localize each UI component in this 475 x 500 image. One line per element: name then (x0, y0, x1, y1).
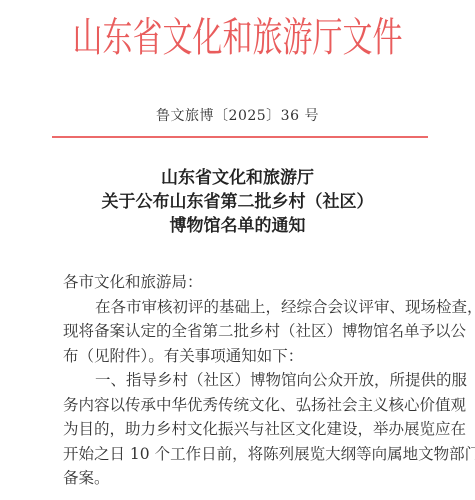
body-line: 一、指导乡村（社区）博物馆向公众开放，所提供的服 (63, 368, 408, 393)
title-line-2: 关于公布山东省第二批乡村（社区） (0, 190, 475, 214)
document-issuer-header: 山东省文化和旅游厅文件 (0, 14, 475, 64)
issuer-title: 山东省文化和旅游厅文件 (73, 5, 403, 73)
body-line: 备案。 (63, 466, 408, 491)
body-line: 现将备案认定的全省第二批乡村（社区）博物馆名单予以公 (63, 319, 408, 344)
document-title: 山东省文化和旅游厅 关于公布山东省第二批乡村（社区） 博物馆名单的通知 (0, 166, 475, 238)
document-body: 各市文化和旅游局： 在各市审核初评的基础上，经综合会议评审、现场检查， 现将备案… (63, 270, 408, 491)
salutation: 各市文化和旅游局： (63, 270, 408, 295)
title-line-3: 博物馆名单的通知 (0, 214, 475, 238)
body-line: 务内容以传承中华优秀传统文化、弘扬社会主义核心价值观 (63, 393, 408, 418)
body-line: 为目的，助力乡村文化振兴与社区文化建设，举办展览应在 (63, 417, 408, 442)
body-line: 开始之日 10 个工作日前，将陈列展览大纲等向属地文物部门 (63, 442, 408, 467)
document-number: 鲁文旅博〔2025〕36 号 (0, 106, 475, 126)
title-line-1: 山东省文化和旅游厅 (0, 166, 475, 190)
red-divider-line (52, 136, 428, 138)
body-line: 在各市审核初评的基础上，经综合会议评审、现场检查， (63, 295, 408, 320)
body-line: 布（见附件）。有关事项通知如下： (63, 344, 408, 369)
